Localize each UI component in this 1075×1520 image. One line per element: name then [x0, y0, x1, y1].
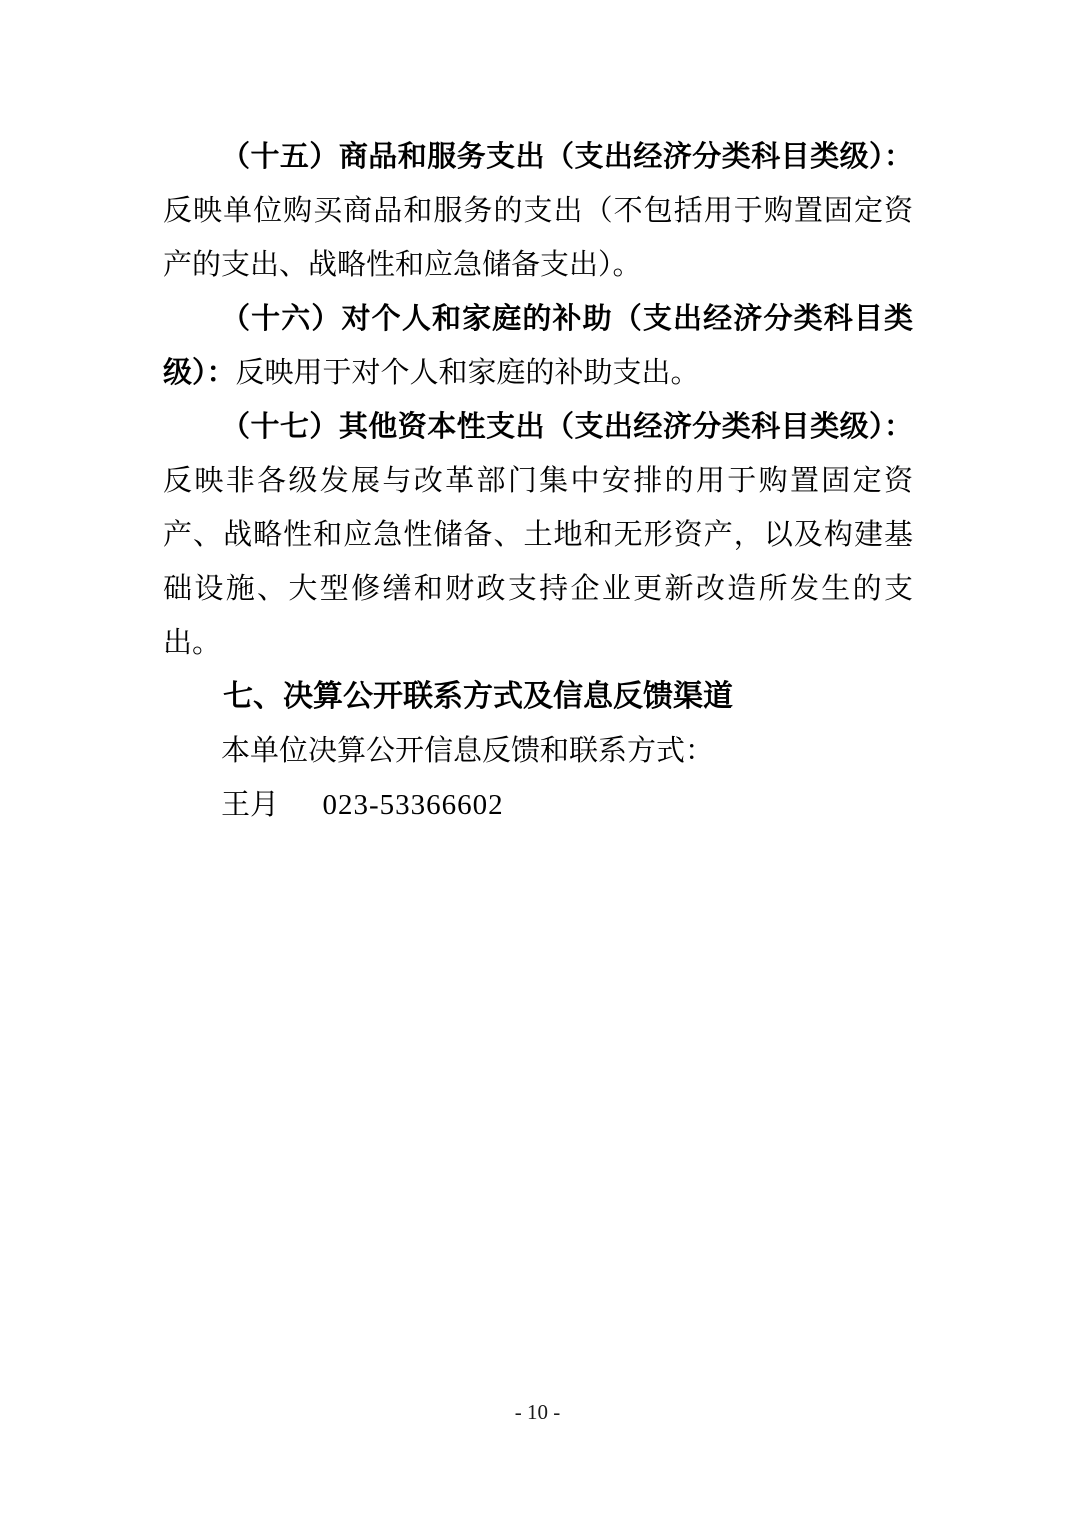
- page-number: - 10 -: [515, 1400, 561, 1424]
- paragraph-item-16: （十六）对个人和家庭的补助（支出经济分类科目类级）：反映用于对个人和家庭的补助支…: [163, 292, 913, 400]
- paragraph-item-17: （十七）其他资本性支出（支出经济分类科目类级）：反映非各级发展与改革部门集中安排…: [163, 400, 913, 670]
- paragraph-item-15: （十五）商品和服务支出（支出经济分类科目类级）：反映单位购买商品和服务的支出（不…: [163, 130, 913, 292]
- contact-line: 王月023-53366602: [163, 778, 913, 832]
- paragraph-17-lead: （十七）其他资本性支出（支出经济分类科目类级）：: [221, 411, 913, 443]
- document-page: （十五）商品和服务支出（支出经济分类科目类级）：反映单位购买商品和服务的支出（不…: [0, 0, 1075, 1520]
- paragraph-15-body: 反映单位购买商品和服务的支出（不包括用于购置固定资产的支出、战略性和应急储备支出…: [163, 195, 913, 281]
- paragraph-17-body: 反映非各级发展与改革部门集中安排的用于购置固定资产、战略性和应急性储备、土地和无…: [163, 465, 913, 659]
- document-body: （十五）商品和服务支出（支出经济分类科目类级）：反映单位购买商品和服务的支出（不…: [163, 130, 913, 832]
- page-footer: - 10 -: [0, 1398, 1075, 1426]
- paragraph-16-body: 反映用于对个人和家庭的补助支出。: [236, 357, 700, 389]
- paragraph-15-lead: （十五）商品和服务支出（支出经济分类科目类级）：: [221, 141, 913, 173]
- contact-intro: 本单位决算公开信息反馈和联系方式：: [163, 724, 913, 778]
- contact-phone: 023-53366602: [323, 789, 504, 821]
- section-heading-seven: 七、决算公开联系方式及信息反馈渠道: [163, 670, 913, 724]
- contact-name: 王月: [221, 789, 279, 821]
